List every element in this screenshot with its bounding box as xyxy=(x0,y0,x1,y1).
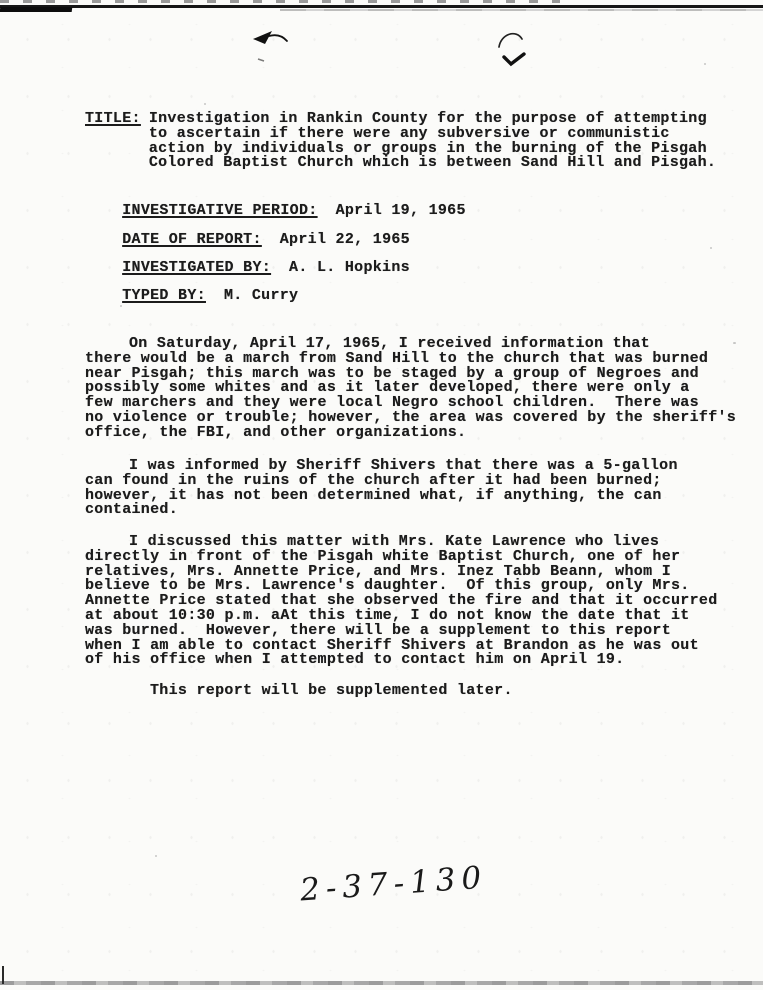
field-investigated-by-value: A. L. Hopkins xyxy=(289,259,410,276)
scan-speck xyxy=(155,855,157,857)
field-typed-by-label: TYPED BY: xyxy=(122,287,206,304)
field-title: TITLE: Investigation in Rankin County fo… xyxy=(85,112,716,171)
scan-top-edge-blob xyxy=(0,7,72,12)
scan-top-dashed-edge xyxy=(0,0,560,3)
scan-speck xyxy=(733,342,736,344)
scan-top-edge-line xyxy=(0,5,763,8)
scan-speck xyxy=(704,63,706,65)
field-investigative-period-label: INVESTIGATIVE PERIOD: xyxy=(122,202,317,219)
pen-check-mark-icon xyxy=(490,26,542,76)
scan-bottom-corner-mark xyxy=(2,966,4,984)
handwritten-case-number: 2-37-130 xyxy=(299,860,488,909)
scan-bottom-edge-line xyxy=(0,981,763,985)
report-paragraph: On Saturday, April 17, 1965, I received … xyxy=(85,337,736,441)
scan-speck xyxy=(204,103,206,105)
pen-arrow-mark-icon xyxy=(245,28,297,73)
report-paragraph: I discussed this matter with Mrs. Kate L… xyxy=(85,535,718,668)
report-closing-line: This report will be supplemented later. xyxy=(85,684,513,699)
field-typed-by: TYPED BY:M. Curry xyxy=(85,274,298,318)
report-paragraph: I was informed by Sheriff Shivers that t… xyxy=(85,459,678,518)
scanned-report-page: TITLE: Investigation in Rankin County fo… xyxy=(0,0,763,990)
field-typed-by-value: M. Curry xyxy=(224,287,298,304)
field-investigative-period-value: April 19, 1965 xyxy=(336,202,466,219)
scan-speck xyxy=(710,247,712,249)
field-title-value: Investigation in Rankin County for the p… xyxy=(149,112,716,171)
scan-speck xyxy=(120,305,122,307)
scan-top-edge-echo xyxy=(280,9,763,11)
field-title-label: TITLE: xyxy=(85,112,141,127)
